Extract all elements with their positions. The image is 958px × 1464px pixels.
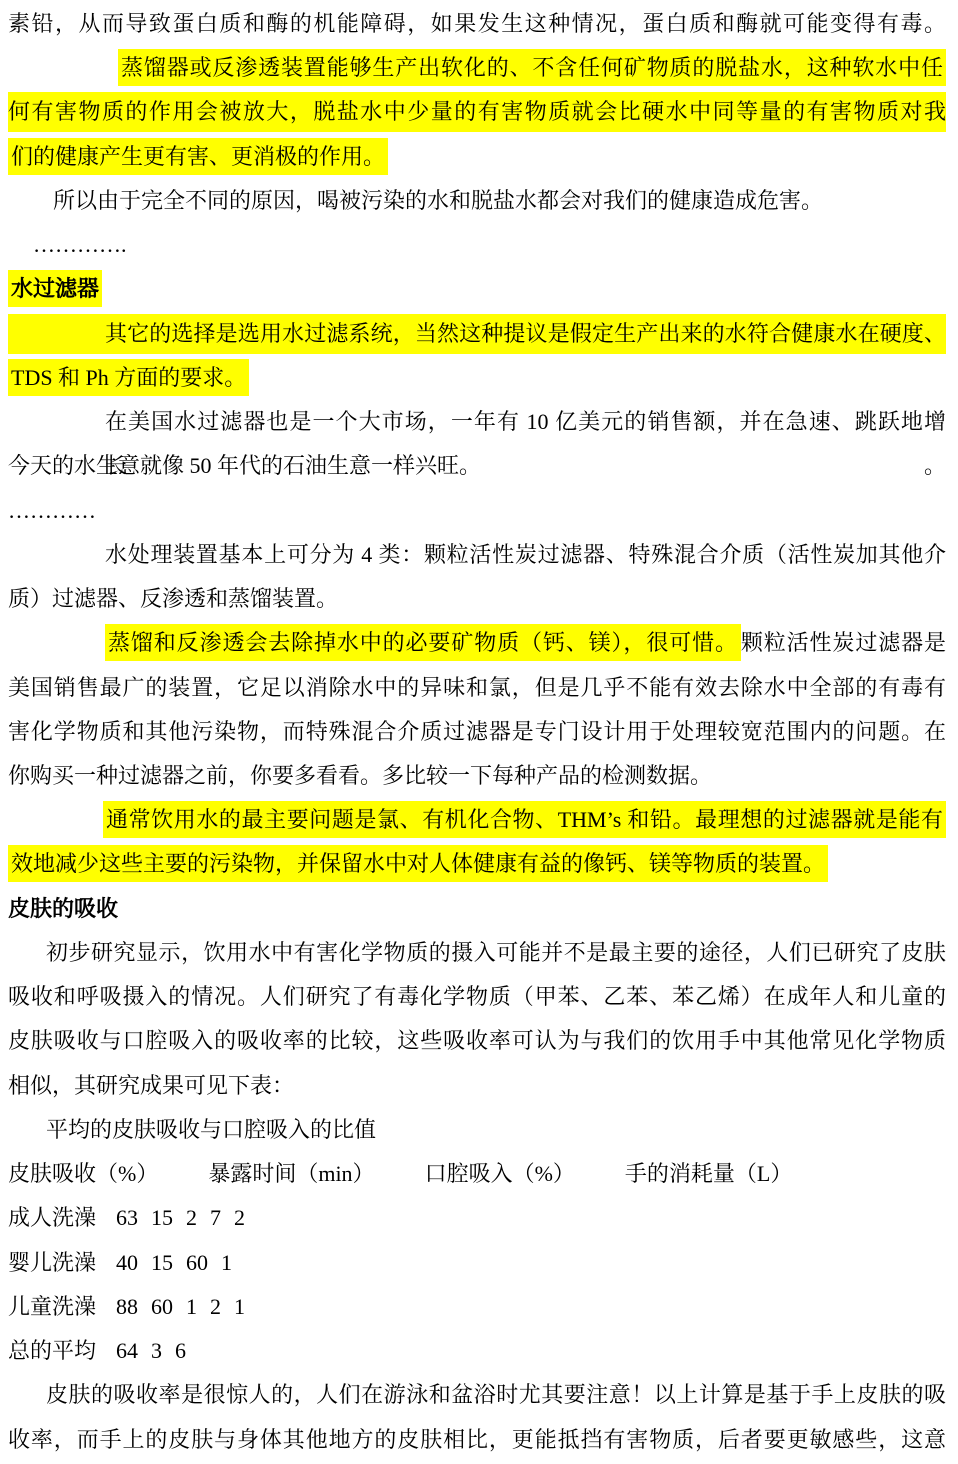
table-column-header: 口腔吸入（%） xyxy=(425,1161,575,1186)
text-run: 初步研究显示，饮用水中有害化学物质的摄入可能并不是最主要的途径，人们已研究了皮肤 xyxy=(46,940,946,965)
table-row-label: 婴儿洗澡 xyxy=(8,1250,96,1275)
highlighted-paragraph-line: 蒸馏器或反渗透装置能够生产出软化的、不含任何矿物质的脱盐水，这种软水中任 xyxy=(8,46,946,90)
paragraph-line: 害化学物质和其他污染物，而特殊混合介质过滤器是专门设计用于处理较宽范围内的问题。… xyxy=(8,710,946,754)
table-column-header: 皮肤吸收（%） xyxy=(8,1161,158,1186)
table-cell-value: 88 xyxy=(116,1294,138,1319)
table-cell-value: 1 xyxy=(234,1294,245,1319)
section-heading-water-filter: 水过滤器 xyxy=(8,267,946,311)
table-cell-value: 2 xyxy=(234,1205,245,1230)
table-row-values: 6315272 xyxy=(116,1205,245,1230)
text-run: 吸收和呼吸摄入的情况。人们研究了有毒化学物质（甲苯、乙苯、苯乙烯）在成年人和儿童… xyxy=(8,984,946,1009)
table-column-header: 暴露时间（min） xyxy=(208,1161,374,1186)
paragraph-line: 水处理装置基本上可分为 4 类：颗粒活性炭过滤器、特殊混合介质（活性炭加其他介 xyxy=(8,533,946,577)
table-row-label: 成人洗澡 xyxy=(8,1205,96,1230)
table-cell-value: 15 xyxy=(151,1250,173,1275)
table-cell-value: 2 xyxy=(186,1205,197,1230)
table-cell-value: 1 xyxy=(221,1250,232,1275)
highlighted-text-run: 通常饮用水的最主要问题是氯、有机化合物、THM’s 和铅。最理想的过滤器就是能有 xyxy=(103,801,946,838)
dots-separator: …………. xyxy=(8,223,946,267)
table-row: 成人洗澡6315272 xyxy=(8,1196,946,1240)
table-row-label: 总的平均 xyxy=(8,1338,96,1363)
highlighted-paragraph-line: 其它的选择是选用水过滤系统，当然这种提议是假定生产出来的水符合健康水在硬度、 xyxy=(8,312,946,356)
paragraph-line: 在美国水过滤器也是一个大市场，一年有 10 亿美元的销售额，并在急速、跳跃地增长… xyxy=(8,400,946,444)
paragraph-line: 初步研究显示，饮用水中有害化学物质的摄入可能并不是最主要的途径，人们已研究了皮肤 xyxy=(8,931,946,975)
table-cell-value: 40 xyxy=(116,1250,138,1275)
text-run: 皮肤的吸收 xyxy=(8,896,118,921)
table-cell-value: 6 xyxy=(175,1338,186,1363)
paragraph-line: 美国销售最广的装置，它足以消除水中的异味和氯，但是几乎不能有效去除水中全部的有毒… xyxy=(8,666,946,710)
text-run: 平均的皮肤吸收与口腔吸入的比值 xyxy=(46,1117,376,1142)
table-row-values: 6436 xyxy=(116,1338,186,1363)
table-cell-value: 15 xyxy=(151,1205,173,1230)
text-run: 美国销售最广的装置，它足以消除水中的异味和氯，但是几乎不能有效去除水中全部的有毒… xyxy=(8,675,946,700)
text-run: 水处理装置基本上可分为 4 类：颗粒活性炭过滤器、特殊混合介质（活性炭加其他介 xyxy=(105,542,946,567)
paragraph-line: 质）过滤器、反渗透和蒸馏装置。 xyxy=(8,577,946,621)
mixed-highlight-paragraph-line: 蒸馏和反渗透会去除掉水中的必要矿物质（钙、镁），很可惜。颗粒活性炭过滤器是 xyxy=(8,621,946,665)
paragraph-line: 你购买一种过滤器之前，你要多看看。多比较一下每种产品的检测数据。 xyxy=(8,754,946,798)
highlighted-text-run: TDS 和 Ph 方面的要求。 xyxy=(8,359,249,396)
text-run: 收率，而手上的皮肤与身体其他地方的皮肤相比，更能抵挡有害物质，后者要更敏感些，这… xyxy=(8,1427,946,1452)
highlighted-text-run: 效地减少这些主要的污染物，并保留水中对人体健康有益的像钙、镁等物质的装置。 xyxy=(8,845,828,882)
highlighted-text-run: 蒸馏器或反渗透装置能够生产出软化的、不含任何矿物质的脱盐水，这种软水中任 xyxy=(118,49,946,86)
text-run: 皮肤吸收与口腔吸入的吸收率的比较，这些吸收率可认为与我们的饮用手中其他常见化学物… xyxy=(8,1028,946,1053)
table-row-values: 8860121 xyxy=(116,1294,245,1319)
table-row: 儿童洗澡8860121 xyxy=(8,1285,946,1329)
highlighted-paragraph-line: TDS 和 Ph 方面的要求。 xyxy=(8,356,946,400)
text-run: 颗粒活性炭过滤器是 xyxy=(741,630,946,655)
table-cell-value: 7 xyxy=(210,1205,221,1230)
table-cell-value: 2 xyxy=(210,1294,221,1319)
highlighted-paragraph-line: 通常饮用水的最主要问题是氯、有机化合物、THM’s 和铅。最理想的过滤器就是能有 xyxy=(8,798,946,842)
table-row-label: 儿童洗澡 xyxy=(8,1294,96,1319)
table-cell-value: 3 xyxy=(151,1338,162,1363)
highlighted-paragraph-line: 们的健康产生更有害、更消极的作用。 xyxy=(8,135,946,179)
text-run: ………… xyxy=(8,498,96,523)
text-run: 害化学物质和其他污染物，而特殊混合介质过滤器是专门设计用于处理较宽范围内的问题。… xyxy=(8,719,946,744)
table-cell-value: 63 xyxy=(116,1205,138,1230)
paragraph-line: 吸收和呼吸摄入的情况。人们研究了有毒化学物质（甲苯、乙苯、苯乙烯）在成年人和儿童… xyxy=(8,975,946,1019)
table-row-values: 4015601 xyxy=(116,1250,232,1275)
paragraph-line: 皮肤吸收与口腔吸入的吸收率的比较，这些吸收率可认为与我们的饮用手中其他常见化学物… xyxy=(8,1019,946,1063)
text-run: 素铅，从而导致蛋白质和酶的机能障碍，如果发生这种情况，蛋白质和酶就可能变得有毒。 xyxy=(8,11,946,36)
table-row: 总的平均6436 xyxy=(8,1329,946,1373)
dots-separator: ………… xyxy=(8,489,946,533)
paragraph-line: 相似，其研究成果可见下表： xyxy=(8,1064,946,1108)
paragraph-line: 皮肤的吸收率是很惊人的，人们在游泳和盆浴时尤其要注意！以上计算是基于手上皮肤的吸 xyxy=(8,1373,946,1417)
paragraph-line: 素铅，从而导致蛋白质和酶的机能障碍，如果发生这种情况，蛋白质和酶就可能变得有毒。 xyxy=(8,2,946,46)
text-run: 何有害物质的作用会被放大，脱盐水中少量的有害物质就会比硬水中同等量的有害物质对我 xyxy=(8,99,946,124)
document-page: 素铅，从而导致蛋白质和酶的机能障碍，如果发生这种情况，蛋白质和酶就可能变得有毒。… xyxy=(0,0,958,1462)
table-caption: 平均的皮肤吸收与口腔吸入的比值 xyxy=(8,1108,946,1152)
text-run: 今天的水生意就像 50 年代的石油生意一样兴旺。 xyxy=(8,453,481,478)
table-header-row: 皮肤吸收（%）暴露时间（min）口腔吸入（%）手的消耗量（L） xyxy=(8,1152,946,1196)
table-row: 婴儿洗澡4015601 xyxy=(8,1241,946,1285)
highlighted-paragraph-line: 效地减少这些主要的污染物，并保留水中对人体健康有益的像钙、镁等物质的装置。 xyxy=(8,842,946,886)
text-run: 其它的选择是选用水过滤系统，当然这种提议是假定生产出来的水符合健康水在硬度、 xyxy=(105,321,946,346)
section-heading-skin-absorption: 皮肤的吸收 xyxy=(8,887,946,931)
paragraph-line: 收率，而手上的皮肤与身体其他地方的皮肤相比，更能抵挡有害物质，后者要更敏感些，这… xyxy=(8,1418,946,1462)
highlighted-text-run: 们的健康产生更有害、更消极的作用。 xyxy=(8,138,388,175)
highlighted-text-run: 水过滤器 xyxy=(8,270,102,307)
table-cell-value: 60 xyxy=(151,1294,173,1319)
table-cell-value: 60 xyxy=(186,1250,208,1275)
paragraph-line: 所以由于完全不同的原因，喝被污染的水和脱盐水都会对我们的健康造成危害。 xyxy=(8,179,946,223)
text-run: 质）过滤器、反渗透和蒸馏装置。 xyxy=(8,586,338,611)
table-cell-value: 1 xyxy=(186,1294,197,1319)
text-run: 相似，其研究成果可见下表： xyxy=(8,1073,294,1098)
text-run: 所以由于完全不同的原因，喝被污染的水和脱盐水都会对我们的健康造成危害。 xyxy=(53,188,823,213)
table-column-header: 手的消耗量（L） xyxy=(625,1161,792,1186)
table-cell-value: 64 xyxy=(116,1338,138,1363)
text-run: 你购买一种过滤器之前，你要多看看。多比较一下每种产品的检测数据。 xyxy=(8,763,712,788)
text-run: …………. xyxy=(33,232,127,257)
highlighted-paragraph-line: 何有害物质的作用会被放大，脱盐水中少量的有害物质就会比硬水中同等量的有害物质对我 xyxy=(8,90,946,134)
text-run: 皮肤的吸收率是很惊人的，人们在游泳和盆浴时尤其要注意！以上计算是基于手上皮肤的吸 xyxy=(46,1382,946,1407)
highlighted-text-run: 蒸馏和反渗透会去除掉水中的必要矿物质（钙、镁），很可惜。 xyxy=(105,624,741,661)
